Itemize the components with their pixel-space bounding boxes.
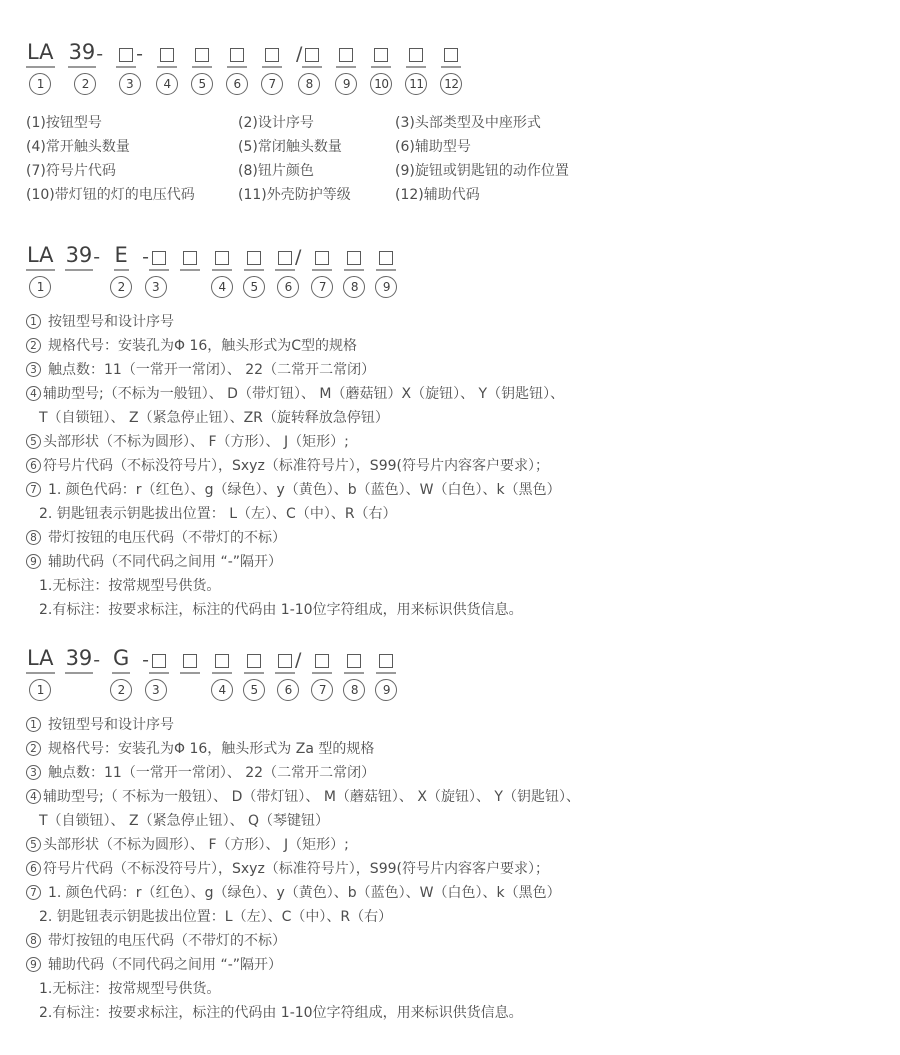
model-code-box: 4	[211, 241, 233, 298]
document-page: LA 1 39- 2 - 3 4 5 6	[0, 0, 900, 1055]
model-prefix: LA 1	[26, 38, 55, 95]
model-code-row: LA 1 39- G 2 - 3 4	[26, 644, 880, 701]
circle-number: 7	[26, 482, 41, 497]
code-box	[152, 654, 166, 668]
circle-number: 1	[29, 276, 51, 298]
circle-number: 8	[343, 679, 365, 701]
model-prefix: 39- 2	[68, 38, 104, 95]
list-item: 2规格代号：安装孔为Φ 16，触头形式为C型的规格	[26, 334, 880, 358]
circle-number: 1	[26, 314, 41, 329]
circle-number: 9	[335, 73, 357, 95]
code-box	[374, 48, 388, 62]
list-item: 1按钮型号和设计序号	[26, 310, 880, 334]
model-code-box	[179, 644, 201, 701]
legend-item: (10)带灯钮的灯的电压代码	[26, 183, 238, 207]
explanation-list: 1按钮型号和设计序号 2规格代号：安装孔为Φ 16，触头形式为 Za 型的规格 …	[26, 713, 880, 1025]
code-text: LA	[26, 245, 55, 271]
slash: /	[295, 651, 301, 674]
legend-item: (9)旋钮或钥匙钮的动作位置	[395, 159, 880, 183]
circle-number: 4	[26, 789, 41, 804]
circle-number: 6	[226, 73, 248, 95]
legend-item: (1)按钮型号	[26, 111, 238, 135]
code-box	[409, 48, 423, 62]
code-box	[444, 48, 458, 62]
circle-number: 3	[119, 73, 141, 95]
circle-number: 8	[343, 276, 365, 298]
circle-number: 11	[405, 73, 427, 95]
circle-number: 7	[311, 276, 333, 298]
circle-number: 1	[29, 679, 51, 701]
code-text: 39	[68, 42, 97, 68]
section-la39-g: LA 1 39- G 2 - 3 4	[26, 644, 880, 1025]
list-item: 71. 颜色代码：r（红色）、g（绿色）、y（黄色）、b（蓝色）、W（白色）、k…	[26, 881, 880, 905]
code-text: 39	[65, 245, 94, 271]
circle-number: 4	[211, 679, 233, 701]
legend-item: (4)常开触头数量	[26, 135, 238, 159]
code-text: LA	[26, 648, 55, 674]
model-code-box: - 3	[142, 644, 169, 701]
code-box	[347, 251, 361, 265]
list-item: 3触点数：11（一常开一常闭）、 22（二常开二常闭）	[26, 358, 880, 382]
list-item: 8带灯按钮的电压代码（不带灯的不标）	[26, 929, 880, 953]
circle-number: 2	[74, 73, 96, 95]
code-text: 39	[65, 648, 94, 674]
explanation-list: 1按钮型号和设计序号 2规格代号：安装孔为Φ 16，触头形式为C型的规格 3触点…	[26, 310, 880, 622]
legend-item: (2)设计序号	[238, 111, 395, 135]
circle-number: 10	[370, 73, 392, 95]
hyphen: -	[96, 45, 103, 68]
list-item: 71. 颜色代码：r（红色）、g（绿色）、y（黄色）、b（蓝色）、W（白色）、k…	[26, 478, 880, 502]
list-item: 5头部形状（不标为圆形）、 F（方形）、 J（矩形）;	[26, 833, 880, 857]
code-box	[315, 654, 329, 668]
circle-number: 9	[26, 957, 41, 972]
code-box	[315, 251, 329, 265]
list-item: 2规格代号：安装孔为Φ 16，触头形式为 Za 型的规格	[26, 737, 880, 761]
circle-number: 9	[375, 679, 397, 701]
model-code-box: 7	[311, 644, 333, 701]
code-box	[183, 654, 197, 668]
code-box	[379, 654, 393, 668]
model-code-box: 5	[243, 644, 265, 701]
model-code-box: 5	[243, 241, 265, 298]
legend-item: (12)辅助代码	[395, 183, 880, 207]
model-code-box: / 8	[296, 38, 322, 95]
circle-number: 3	[26, 362, 41, 377]
hyphen: -	[142, 248, 149, 271]
list-item: 6符号片代码（不标没符号片），Sxyz（标准符号片），S99(符号片内容客户要求…	[26, 454, 880, 478]
hyphen: -	[93, 651, 100, 674]
model-prefix: LA 1	[26, 241, 55, 298]
code-box	[265, 48, 279, 62]
circle-number: 5	[26, 837, 41, 852]
code-box	[339, 48, 353, 62]
code-box	[379, 251, 393, 265]
section-la39-e: LA 1 39- E 2 - 3 4	[26, 241, 880, 622]
legend-item: (6)辅助型号	[395, 135, 880, 159]
model-code-box: 8	[343, 644, 365, 701]
circle-number: 3	[26, 765, 41, 780]
circle-number: 2	[26, 741, 41, 756]
code-box	[230, 48, 244, 62]
model-code-box: 12	[440, 38, 462, 95]
circle-number: 3	[145, 276, 167, 298]
list-item-continuation: T（自锁钮）、 Z（紧急停止钮）、 Q（琴键钮）	[26, 809, 880, 833]
circle-number: 7	[261, 73, 283, 95]
code-box	[215, 654, 229, 668]
list-item-continuation: 2.有标注：按要求标注，标注的代码由 1-10位字符组成，用来标识供货信息。	[26, 598, 880, 622]
circle-number: 8	[26, 933, 41, 948]
code-box	[247, 654, 261, 668]
circle-number: 2	[110, 276, 132, 298]
code-box	[160, 48, 174, 62]
code-legend: (1)按钮型号 (2)设计序号 (3)头部类型及中座形式 (4)常开触头数量 (…	[26, 111, 880, 207]
model-code-box: 6	[226, 38, 248, 95]
model-code-box: 9	[375, 644, 397, 701]
model-code-box: 5	[191, 38, 213, 95]
legend-item: (11)外壳防护等级	[238, 183, 395, 207]
model-code-box: - 3	[142, 241, 169, 298]
list-item: 4辅助型号;（不标为一般钮）、 D（带灯钮）、 M（蘑菇钮）X（旋钮）、 Y（钥…	[26, 382, 880, 406]
list-item-continuation: 1.无标注：按常规型号供货。	[26, 574, 880, 598]
model-prefix: LA 1	[26, 644, 55, 701]
circle-number: 2	[110, 679, 132, 701]
legend-item: (3)头部类型及中座形式	[395, 111, 880, 135]
circle-number: 4	[26, 386, 41, 401]
circle-number: 5	[191, 73, 213, 95]
circle-number: 5	[26, 434, 41, 449]
model-code-box: - 3	[116, 38, 143, 95]
circle-number: 6	[26, 458, 41, 473]
hyphen: -	[136, 45, 143, 68]
code-box	[247, 251, 261, 265]
list-item-continuation: T（自锁钮）、 Z（紧急停止钮）、ZR（旋转释放急停钮）	[26, 406, 880, 430]
list-item-continuation: 2. 钥匙钮表示钥匙拔出位置： L（左）、C（中）、R（右）	[26, 502, 880, 526]
list-item: 1按钮型号和设计序号	[26, 713, 880, 737]
code-box	[347, 654, 361, 668]
circle-number: 5	[243, 276, 265, 298]
list-item: 6符号片代码（不标没符号片），Sxyz（标准符号片），S99(符号片内容客户要求…	[26, 857, 880, 881]
list-item-continuation: 2. 钥匙钮表示钥匙拔出位置：L（左）、C（中）、R（右）	[26, 905, 880, 929]
section-la39-full-code: LA 1 39- 2 - 3 4 5 6	[26, 38, 880, 207]
circle-number: 5	[243, 679, 265, 701]
circle-number: 12	[440, 73, 462, 95]
code-box	[215, 251, 229, 265]
list-item: 5头部形状（不标为圆形）、 F（方形）、 J（矩形）;	[26, 430, 880, 454]
model-code-box: 11	[405, 38, 427, 95]
circle-number: 4	[211, 276, 233, 298]
hyphen: -	[93, 248, 100, 271]
circle-number: 9	[26, 554, 41, 569]
list-item-continuation: 1.无标注：按常规型号供货。	[26, 977, 880, 1001]
list-item: 9辅助代码（不同代码之间用 “-”隔开）	[26, 550, 880, 574]
legend-item: (7)符号片代码	[26, 159, 238, 183]
circle-number: 6	[26, 861, 41, 876]
model-prefix: 39-	[65, 644, 101, 701]
model-prefix: E 2	[110, 241, 132, 298]
code-text: E	[114, 245, 129, 271]
list-item: 8带灯按钮的电压代码（不带灯的不标）	[26, 526, 880, 550]
model-code-box: / 6	[275, 644, 301, 701]
model-code-box: / 6	[275, 241, 301, 298]
model-code-box	[179, 241, 201, 298]
model-code-box: 8	[343, 241, 365, 298]
hyphen: -	[142, 651, 149, 674]
model-code-box: 9	[375, 241, 397, 298]
circle-number: 1	[29, 73, 51, 95]
code-box	[305, 48, 319, 62]
model-code-box: 7	[261, 38, 283, 95]
circle-number: 4	[156, 73, 178, 95]
model-code-box: 9	[335, 38, 357, 95]
circle-number: 1	[26, 717, 41, 732]
code-box	[183, 251, 197, 265]
circle-number: 6	[277, 276, 299, 298]
list-item: 4辅助型号;（ 不标为一般钮）、 D（带灯钮）、 M（蘑菇钮）、 X（旋钮）、 …	[26, 785, 880, 809]
list-item-continuation: 2.有标注：按要求标注，标注的代码由 1-10位字符组成，用来标识供货信息。	[26, 1001, 880, 1025]
model-code-box: 7	[311, 241, 333, 298]
model-code-box: 4	[211, 644, 233, 701]
model-code-row: LA 1 39- 2 - 3 4 5 6	[26, 38, 880, 95]
model-code-box: 4	[156, 38, 178, 95]
code-box	[195, 48, 209, 62]
code-box	[119, 48, 133, 62]
circle-number: 8	[298, 73, 320, 95]
circle-number: 2	[26, 338, 41, 353]
circle-number: 3	[145, 679, 167, 701]
model-prefix: 39-	[65, 241, 101, 298]
circle-number: 7	[26, 885, 41, 900]
model-prefix: G 2	[110, 644, 132, 701]
circle-number: 9	[375, 276, 397, 298]
list-item: 9辅助代码（不同代码之间用 “-”隔开）	[26, 953, 880, 977]
code-box	[278, 251, 292, 265]
model-code-row: LA 1 39- E 2 - 3 4	[26, 241, 880, 298]
circle-number: 6	[277, 679, 299, 701]
code-box	[278, 654, 292, 668]
legend-item: (5)常闭触头数量	[238, 135, 395, 159]
model-code-box: 10	[370, 38, 392, 95]
code-text: LA	[26, 42, 55, 68]
circle-number: 8	[26, 530, 41, 545]
code-box	[152, 251, 166, 265]
code-text: G	[112, 648, 130, 674]
circle-number: 7	[311, 679, 333, 701]
list-item: 3触点数：11（一常开一常闭）、 22（二常开二常闭）	[26, 761, 880, 785]
slash: /	[295, 248, 301, 271]
legend-item: (8)钮片颜色	[238, 159, 395, 183]
